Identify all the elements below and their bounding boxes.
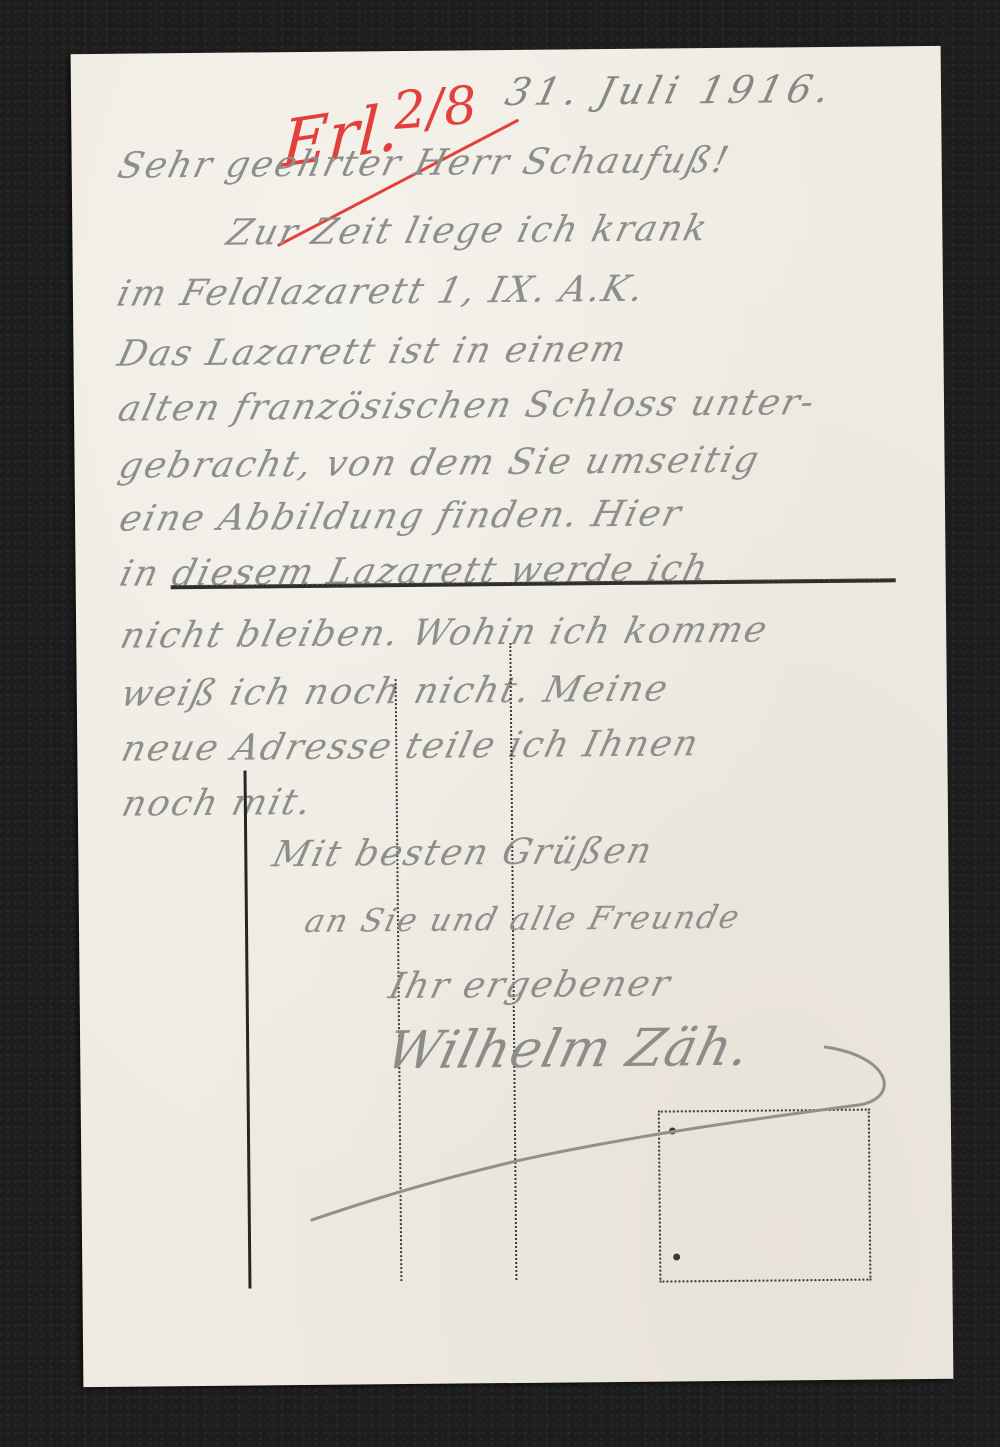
signature-flourish-icon: [71, 46, 954, 1387]
postcard: Erl. 2/8 31. Juli 1916. Sehr geehrter He…: [71, 46, 954, 1387]
